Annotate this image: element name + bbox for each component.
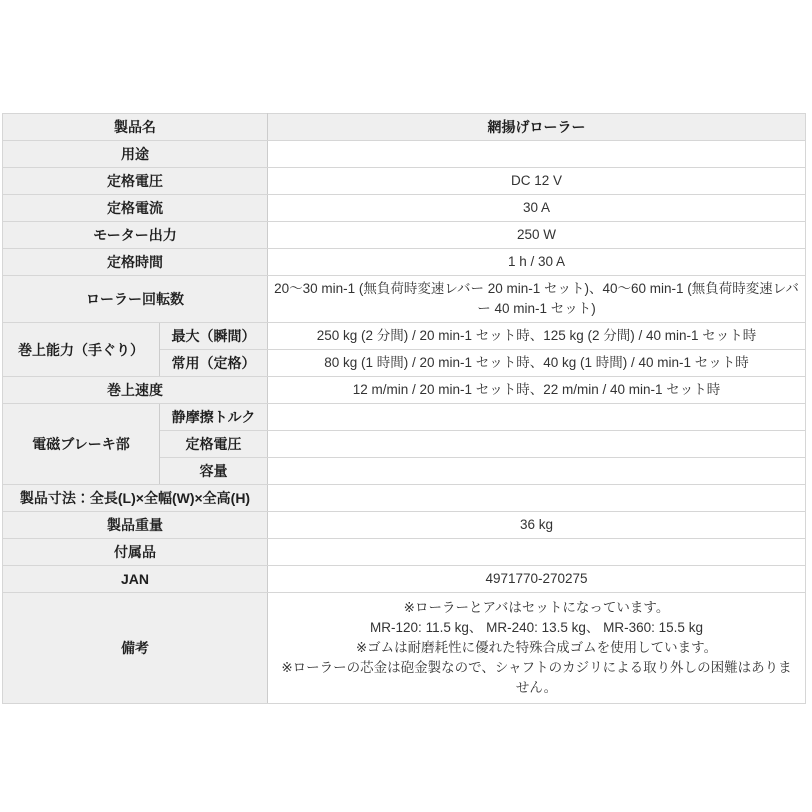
table-row-accessories: 付属品 — [3, 539, 806, 566]
motor-output-value: 250 W — [268, 222, 806, 249]
row-sublabel-max-instant: 最大（瞬間） — [160, 323, 268, 350]
remark-line: ※ローラーとアバはセットになっています。 — [276, 598, 797, 618]
row-sublabel-brake-rated-voltage: 定格電圧 — [160, 431, 268, 458]
hoist-capacity-rated-value: 80 kg (1 時間) / 20 min-1 セット時、40 kg (1 時間… — [268, 350, 806, 377]
row-group-hoist-capacity: 巻上能力（手ぐり） — [3, 323, 160, 377]
rated-voltage-value: DC 12 V — [268, 168, 806, 195]
jan-value: 4971770-270275 — [268, 566, 806, 593]
row-label-weight: 製品重量 — [3, 512, 268, 539]
row-label-rated-voltage: 定格電圧 — [3, 168, 268, 195]
use-value — [268, 141, 806, 168]
row-group-magnetic-brake: 電磁ブレーキ部 — [3, 404, 160, 485]
dimensions-value — [268, 485, 806, 512]
table-row-product-name: 製品名 網揚げローラー — [3, 114, 806, 141]
table-row-hoist-speed: 巻上速度 12 m/min / 20 min-1 セット時、22 m/min /… — [3, 377, 806, 404]
table-row-rated-time: 定格時間 1 h / 30 A — [3, 249, 806, 276]
product-spec-page: 製品名 網揚げローラー 用途 定格電圧 DC 12 V 定格電流 30 A モー… — [0, 0, 812, 812]
hoist-capacity-max-value: 250 kg (2 分間) / 20 min-1 セット時、125 kg (2 … — [268, 323, 806, 350]
table-row-remarks: 備考 ※ローラーとアバはセットになっています。 MR-120: 11.5 kg、… — [3, 593, 806, 704]
row-label-remarks: 備考 — [3, 593, 268, 704]
accessories-value — [268, 539, 806, 566]
brake-voltage-value — [268, 431, 806, 458]
table-row-rated-voltage: 定格電圧 DC 12 V — [3, 168, 806, 195]
row-label-use: 用途 — [3, 141, 268, 168]
remark-line: ※ゴムは耐磨耗性に優れた特殊合成ゴムを使用しています。 — [276, 638, 797, 658]
table-row-weight: 製品重量 36 kg — [3, 512, 806, 539]
row-label-dimensions: 製品寸法：全長(L)×全幅(W)×全高(H) — [3, 485, 268, 512]
table-row-use: 用途 — [3, 141, 806, 168]
table-row-roller-rpm: ローラー回転数 20〜30 min-1 (無負荷時変速レバー 20 min-1 … — [3, 276, 806, 323]
row-sublabel-static-friction-torque: 静摩擦トルク — [160, 404, 268, 431]
row-label-motor-output: モーター出力 — [3, 222, 268, 249]
product-name-value: 網揚げローラー — [268, 114, 806, 141]
remark-line: ※ローラーの芯金は砲金製なので、シャフトのカジリによる取り外しの困難はありません… — [276, 658, 797, 698]
row-label-product-name: 製品名 — [3, 114, 268, 141]
row-label-accessories: 付属品 — [3, 539, 268, 566]
brake-capacity-value — [268, 458, 806, 485]
row-label-rated-time: 定格時間 — [3, 249, 268, 276]
table-row-hoist-capacity-max: 巻上能力（手ぐり） 最大（瞬間） 250 kg (2 分間) / 20 min-… — [3, 323, 806, 350]
row-label-rated-current: 定格電流 — [3, 195, 268, 222]
rated-time-value: 1 h / 30 A — [268, 249, 806, 276]
brake-torque-value — [268, 404, 806, 431]
row-label-roller-rpm: ローラー回転数 — [3, 276, 268, 323]
table-row-dimensions: 製品寸法：全長(L)×全幅(W)×全高(H) — [3, 485, 806, 512]
remarks-value: ※ローラーとアバはセットになっています。 MR-120: 11.5 kg、 MR… — [268, 593, 806, 704]
row-sublabel-brake-capacity: 容量 — [160, 458, 268, 485]
table-row-brake-torque: 電磁ブレーキ部 静摩擦トルク — [3, 404, 806, 431]
table-row-rated-current: 定格電流 30 A — [3, 195, 806, 222]
row-sublabel-normal-rated: 常用（定格） — [160, 350, 268, 377]
spec-table: 製品名 網揚げローラー 用途 定格電圧 DC 12 V 定格電流 30 A モー… — [2, 113, 806, 704]
hoist-speed-value: 12 m/min / 20 min-1 セット時、22 m/min / 40 m… — [268, 377, 806, 404]
rated-current-value: 30 A — [268, 195, 806, 222]
table-row-jan: JAN 4971770-270275 — [3, 566, 806, 593]
weight-value: 36 kg — [268, 512, 806, 539]
remark-line: MR-120: 11.5 kg、 MR-240: 13.5 kg、 MR-360… — [276, 618, 797, 638]
row-label-hoist-speed: 巻上速度 — [3, 377, 268, 404]
table-row-motor-output: モーター出力 250 W — [3, 222, 806, 249]
roller-rpm-value: 20〜30 min-1 (無負荷時変速レバー 20 min-1 セット)、40〜… — [268, 276, 806, 323]
row-label-jan: JAN — [3, 566, 268, 593]
